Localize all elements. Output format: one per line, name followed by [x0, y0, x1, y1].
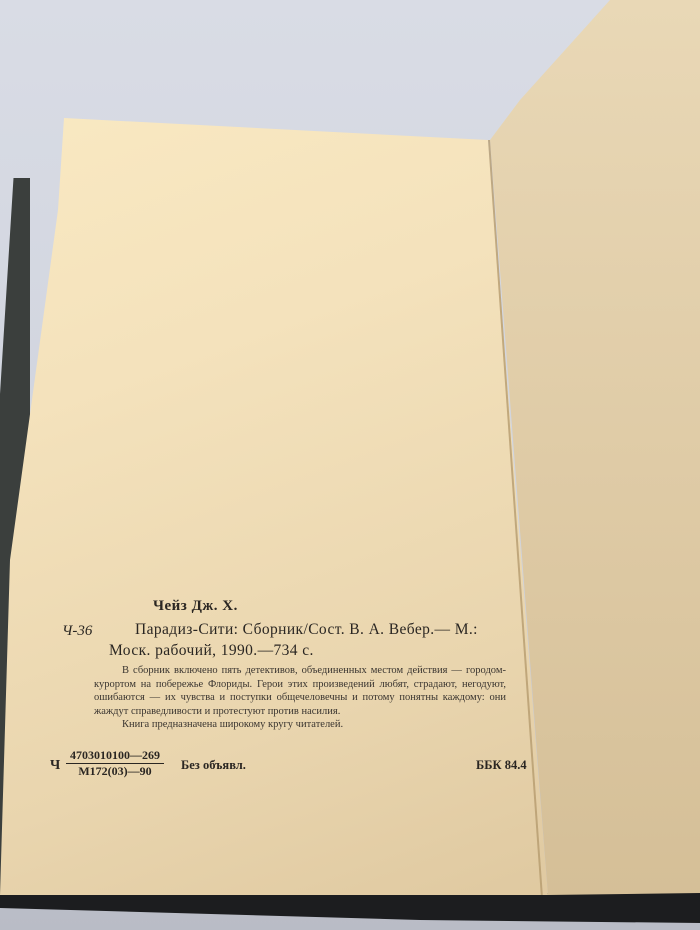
classification-code: Ч-36 — [62, 623, 92, 640]
index-numerator: 4703010100—269 — [66, 748, 164, 764]
imprint-footer: Ч 4703010100—269 М172(03)—90 Без объявл.… — [48, 748, 528, 784]
index-prefix: Ч — [50, 758, 60, 774]
index-fraction: 4703010100—269 М172(03)—90 — [66, 748, 164, 779]
author-name: Чейз Дж. Х. — [153, 598, 238, 615]
book-cover-bottom — [0, 893, 700, 923]
annotation-paragraph: Книга предназначена широкому кругу читат… — [94, 718, 506, 732]
title-line: Парадиз-Сити: Сборник/Сост. В. А. Вебер.… — [135, 621, 478, 639]
index-denominator: М172(03)—90 — [66, 764, 164, 779]
publisher-line: Моск. рабочий, 1990.—734 с. — [109, 642, 314, 660]
bbk-code: ББК 84.4 — [476, 758, 527, 773]
no-announcement-note: Без объявл. — [181, 758, 246, 773]
annotation: В сборник включено пять детективов, объе… — [94, 664, 506, 732]
annotation-paragraph: В сборник включено пять детективов, объе… — [94, 664, 506, 718]
